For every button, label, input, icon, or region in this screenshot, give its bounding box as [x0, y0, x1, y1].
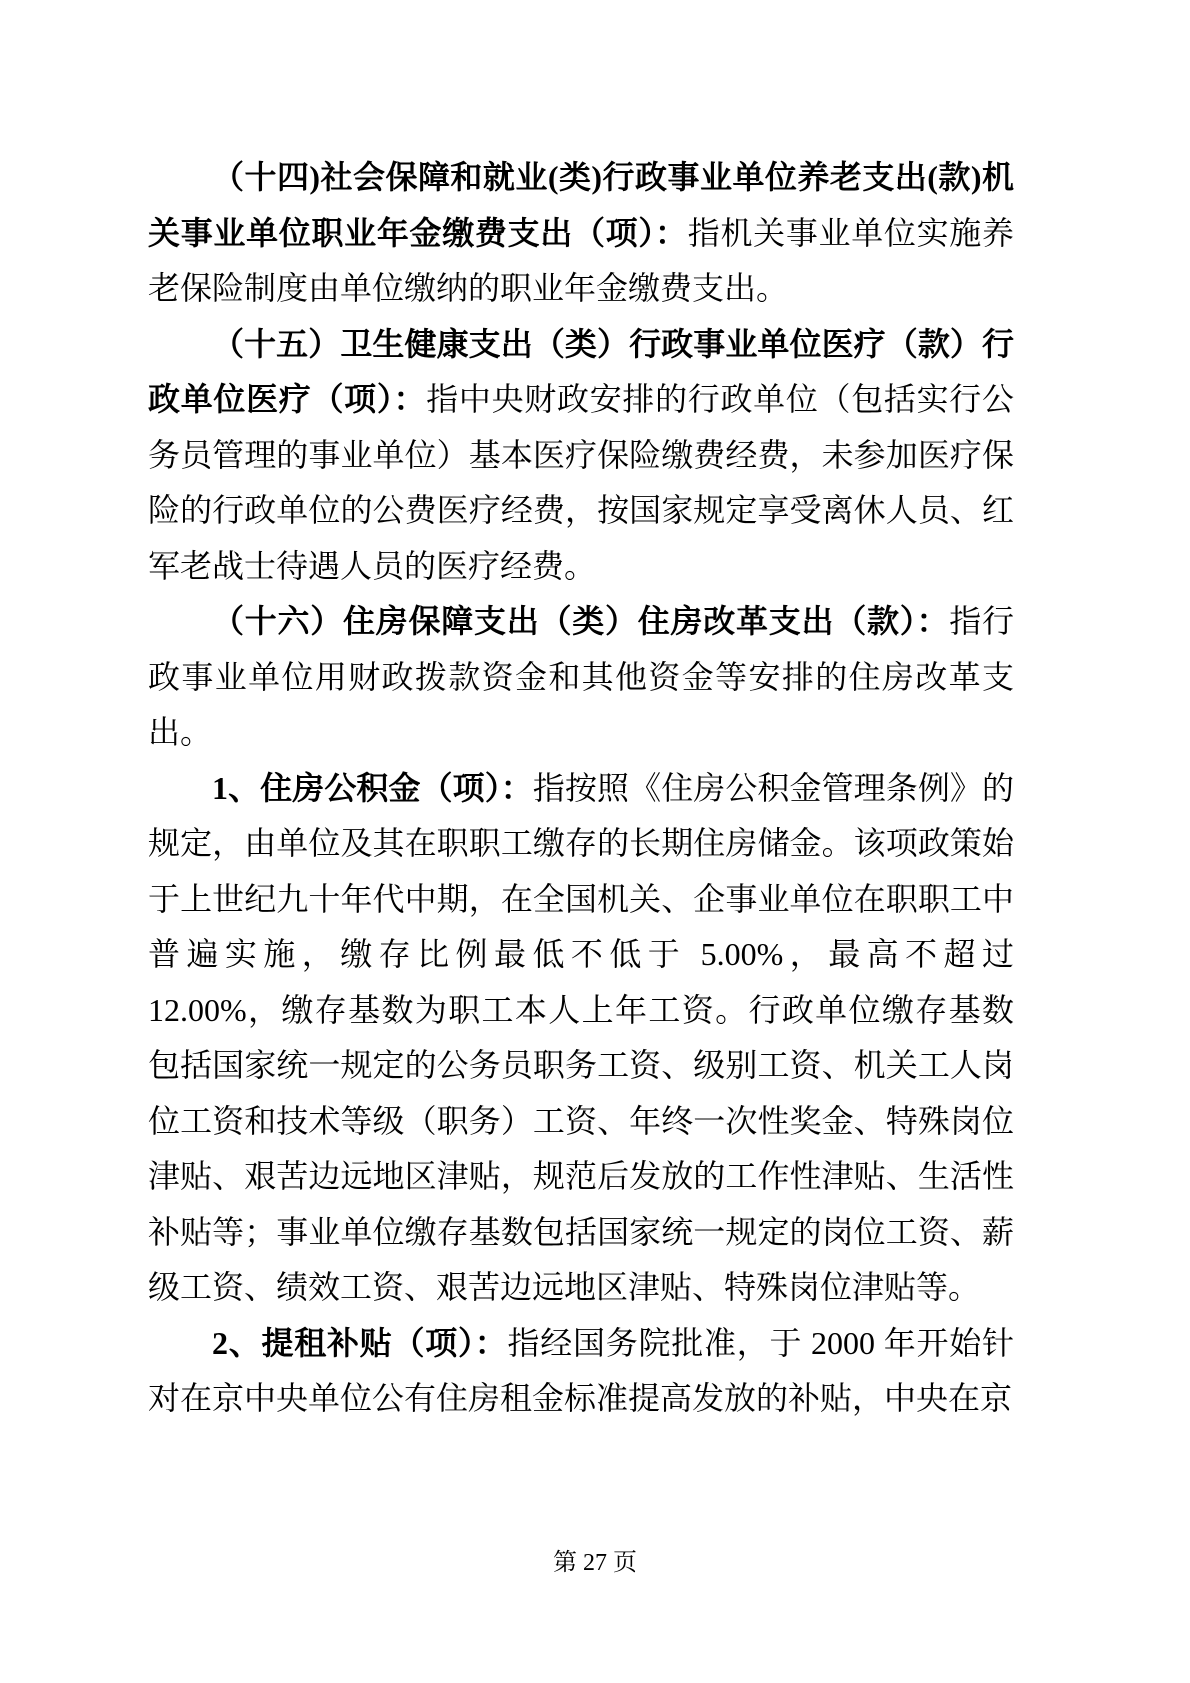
page-number: 第 27 页 — [0, 1548, 1190, 1578]
document-body: （十四)社会保障和就业(类)行政事业单位养老支出(款)机关事业单位职业年金缴费支… — [148, 150, 1014, 1427]
heading-run: （十六）住房保障支出（类）住房改革支出（款）： — [212, 603, 949, 639]
document-paragraph: 1、住房公积金（项）：指按照《住房公积金管理条例》的规定，由单位及其在职职工缴存… — [148, 761, 1014, 1316]
document-paragraph: （十五）卫生健康支出（类）行政事业单位医疗（款）行政单位医疗（项）：指中央财政安… — [148, 317, 1014, 595]
heading-run: 2、提租补贴（项）： — [212, 1325, 508, 1361]
document-paragraph: （十六）住房保障支出（类）住房改革支出（款）：指行政事业单位用财政拨款资金和其他… — [148, 594, 1014, 761]
document-paragraph: 2、提租补贴（项）：指经国务院批准，于 2000 年开始针对在京中央单位公有住房… — [148, 1316, 1014, 1427]
document-page: （十四)社会保障和就业(类)行政事业单位养老支出(款)机关事业单位职业年金缴费支… — [0, 0, 1190, 1683]
document-paragraph: （十四)社会保障和就业(类)行政事业单位养老支出(款)机关事业单位职业年金缴费支… — [148, 150, 1014, 317]
heading-run: 1、住房公积金（项）： — [212, 770, 533, 806]
body-text-run: 指按照《住房公积金管理条例》的规定，由单位及其在职职工缴存的长期住房储金。该项政… — [148, 770, 1014, 1306]
